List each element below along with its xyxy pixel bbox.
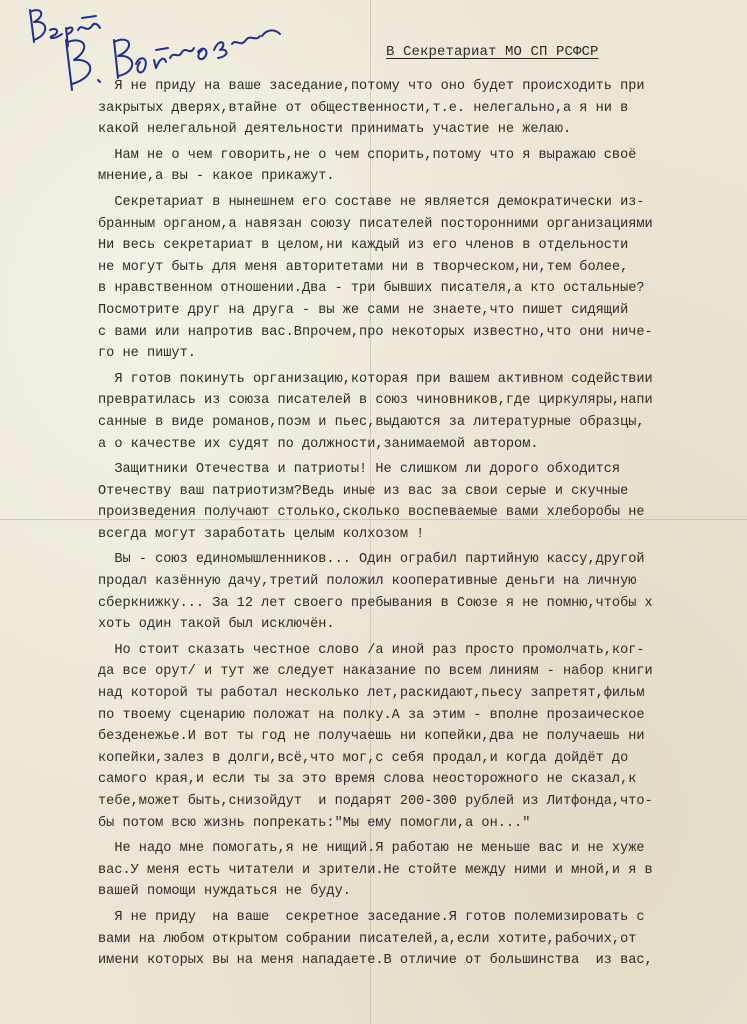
text-line: Я готов покинуть организацию,которая при… — [98, 369, 747, 391]
text-line: вашей помощи нуждаться не буду. — [98, 881, 747, 903]
text-line: копейки,залез в долги,всё,что мог,с себя… — [98, 748, 747, 770]
text-line: Секретариат в нынешнем его составе не яв… — [98, 192, 747, 214]
text-line: по твоему сценарию положат на полку.А за… — [98, 705, 747, 727]
paragraph: Я готов покинуть организацию,которая при… — [98, 369, 747, 455]
text-line: закрытых дверях,втайне от общественности… — [98, 98, 747, 120]
text-line: вами на любом открытом собрании писателе… — [98, 929, 747, 951]
text-line: Нам не о чем говорить,не о чем спорить,п… — [98, 145, 747, 167]
text-line: вас.У меня есть читатели и зрители.Не ст… — [98, 860, 747, 882]
text-line: Отечеству ваш патриотизм?Ведь иные из ва… — [98, 481, 747, 503]
text-line: Вы - союз единомышленников... Один ограб… — [98, 549, 747, 571]
text-line: Защитники Отечества и патриоты! Не слишк… — [98, 459, 747, 481]
paragraph: Вы - союз единомышленников... Один ограб… — [98, 549, 747, 635]
text-line: Не надо мне помогать,я не нищий.Я работа… — [98, 838, 747, 860]
paragraph: Но стоит сказать честное слово /а иной р… — [98, 640, 747, 834]
text-line: имени которых вы на меня нападаете.В отл… — [98, 950, 747, 972]
text-line: бы потом всю жизнь попрекать:"Мы ему пом… — [98, 813, 747, 835]
text-line: какой нелегальной деятельности принимать… — [98, 119, 747, 141]
text-line: Я не приду на ваше заседание,потому что … — [98, 76, 747, 98]
text-line: санные в виде романов,поэм и пьес,выдают… — [98, 412, 747, 434]
text-line: не могут быть для меня авторитетами ни в… — [98, 257, 747, 279]
text-line: продал казённую дачу,третий положил кооп… — [98, 571, 747, 593]
text-line: го не пишут. — [98, 343, 747, 365]
text-line: да все орут/ и тут же следует наказание … — [98, 661, 747, 683]
paragraph: Я не приду на ваше секретное заседание.Я… — [98, 907, 747, 972]
text-line: Посмотрите друг на друга - вы же сами не… — [98, 300, 747, 322]
paragraph: Не надо мне помогать,я не нищий.Я работа… — [98, 838, 747, 903]
text-line: произведения получают столько,сколько во… — [98, 502, 747, 524]
text-line: Я не приду на ваше секретное заседание.Я… — [98, 907, 747, 929]
letter-body: Я не приду на ваше заседание,потому что … — [98, 76, 747, 972]
text-line: мнение,а вы - какое прикажут. — [98, 166, 747, 188]
text-line: превратилась из союза писателей в союз ч… — [98, 390, 747, 412]
paragraph: Секретариат в нынешнем его составе не яв… — [98, 192, 747, 365]
text-line: сберкнижку... За 12 лет своего пребывани… — [98, 593, 747, 615]
text-line: в нравственном отношении.Два - три бывши… — [98, 278, 747, 300]
text-line: а о качестве их судят по должности,заним… — [98, 434, 747, 456]
text-line: всегда могут заработать целым колхозом ! — [98, 524, 747, 546]
text-line: Ни весь секретариат в целом,ни каждый из… — [98, 235, 747, 257]
text-line: безденежье.И вот ты год не получаешь ни … — [98, 726, 747, 748]
text-line: тебе,может быть,снизойдут и подарят 200-… — [98, 791, 747, 813]
text-line: хоть один такой был исключён. — [98, 614, 747, 636]
paragraph: Защитники Отечества и патриоты! Не слишк… — [98, 459, 747, 545]
paragraph: Я не приду на ваше заседание,потому что … — [98, 76, 747, 141]
text-line: бранным органом,а навязан союзу писателе… — [98, 214, 747, 236]
text-line: с вами или напротив вас.Впрочем,про неко… — [98, 322, 747, 344]
text-line: над которой ты работал несколько лет,рас… — [98, 683, 747, 705]
text-line: Но стоит сказать честное слово /а иной р… — [98, 640, 747, 662]
paper-page: В Секретариат МО СП РСФСР Я не приду на … — [0, 0, 747, 1024]
paragraph: Нам не о чем говорить,не о чем спорить,п… — [98, 145, 747, 188]
text-line: самого края,и если ты за это время слова… — [98, 769, 747, 791]
document-title: В Секретариат МО СП РСФСР — [386, 44, 599, 60]
